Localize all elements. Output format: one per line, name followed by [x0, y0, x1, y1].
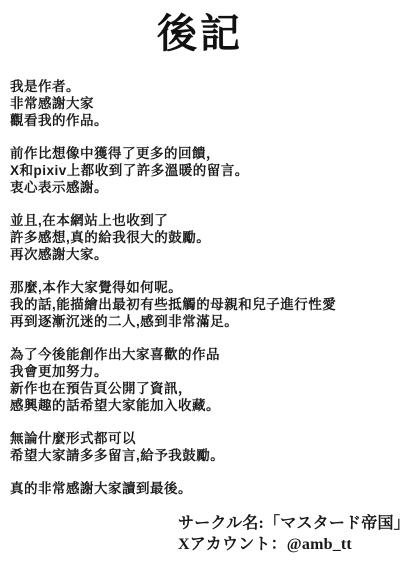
text-line: 非常感謝大家 [10, 95, 390, 112]
text-line: 並且,在本網站上也收到了 [10, 212, 390, 229]
text-line: 無論什麼形式都可以 [10, 430, 390, 447]
paragraph-final-thanks: 真的非常感謝大家讀到最後。 [10, 480, 390, 497]
text-line: 再次感謝大家。 [10, 246, 390, 263]
text-line: 我會更加努力。 [10, 363, 390, 380]
credits-block: サークル名:「マスタード帝国」 Xアカウント：@amb_tt [178, 513, 390, 555]
text-line: 再到逐漸沉迷的二人,感到非常滿足。 [10, 313, 390, 330]
text-line: 新作也在預告頁公開了資訊， [10, 380, 390, 397]
x-account: Xアカウント：@amb_tt [178, 534, 390, 555]
text-line: 我的話,能描繪出最初有些抵觸的母親和兒子進行性愛 [10, 296, 390, 313]
text-line: 觀看我的作品。 [10, 112, 390, 129]
paragraph-intro: 我是作者。 非常感謝大家 觀看我的作品。 [10, 78, 390, 129]
afterword-body: 我是作者。 非常感謝大家 觀看我的作品。 前作比想像中獲得了更多的回饋， X和p… [10, 78, 390, 497]
paragraph-feedback-request: 無論什麼形式都可以 希望大家請多多留言,給予我鼓勵。 [10, 430, 390, 464]
page-title: 後記 [10, 12, 390, 56]
afterword-page: 後記 我是作者。 非常感謝大家 觀看我的作品。 前作比想像中獲得了更多的回饋， … [0, 0, 400, 565]
text-line: 許多感想,真的給我很大的鼓勵。 [10, 229, 390, 246]
text-line: 真的非常感謝大家讀到最後。 [10, 480, 390, 497]
text-line: 前作比想像中獲得了更多的回饋， [10, 145, 390, 162]
text-line: X和pixiv上都收到了許多溫暖的留言。 [10, 162, 390, 179]
text-line: 為了今後能創作出大家喜歡的作品 [10, 346, 390, 363]
paragraph-future-work: 為了今後能創作出大家喜歡的作品 我會更加努力。 新作也在預告頁公開了資訊， 感興… [10, 346, 390, 414]
text-line: 衷心表示感謝。 [10, 179, 390, 196]
text-line: 那麼,本作大家覺得如何呢。 [10, 279, 390, 296]
text-line: 感興趣的話希望大家能加入收藏。 [10, 397, 390, 414]
circle-name: サークル名:「マスタード帝国」 [178, 513, 390, 534]
paragraph-website-thanks: 並且,在本網站上也收到了 許多感想,真的給我很大的鼓勵。 再次感謝大家。 [10, 212, 390, 263]
text-line: 希望大家請多多留言,給予我鼓勵。 [10, 447, 390, 464]
paragraph-previous-work: 前作比想像中獲得了更多的回饋， X和pixiv上都收到了許多溫暖的留言。 衷心表… [10, 145, 390, 196]
paragraph-this-work: 那麼,本作大家覺得如何呢。 我的話,能描繪出最初有些抵觸的母親和兒子進行性愛 再… [10, 279, 390, 330]
text-line: 我是作者。 [10, 78, 390, 95]
